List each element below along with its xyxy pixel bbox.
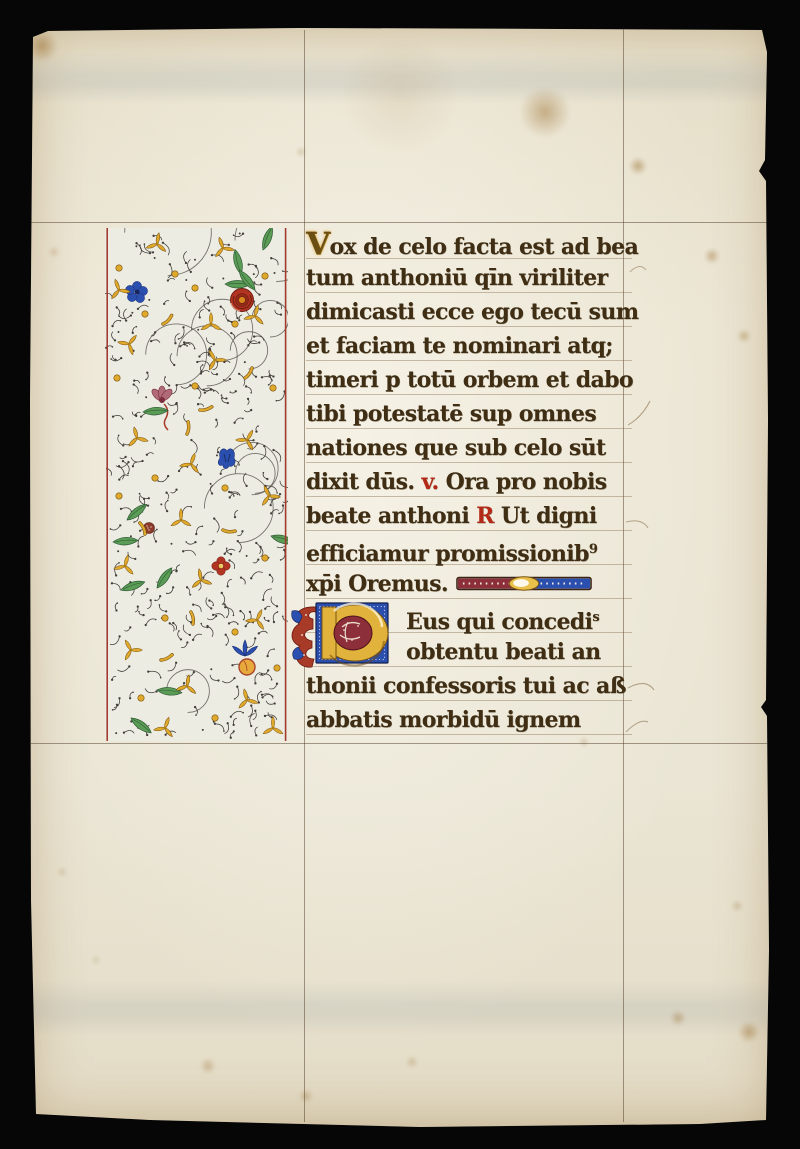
foxing-spot	[670, 1010, 686, 1026]
motif-dot	[114, 375, 120, 381]
foxing-spot	[629, 157, 647, 175]
foxing-spot	[731, 900, 743, 912]
text-line-4: et faciam te nominari atq;	[306, 329, 632, 363]
motif-dot	[152, 475, 158, 481]
motif-dot	[212, 715, 218, 721]
motif-dot	[222, 485, 228, 491]
motif-bell	[218, 449, 235, 469]
text-line-6: tibi potestatē sup omnes	[306, 397, 632, 431]
motif-dot	[162, 615, 168, 621]
text-line-8: dixit dūs. v. Ora pro nobis	[306, 465, 632, 499]
rubric-mark: R	[476, 503, 501, 529]
foxing-spot	[48, 246, 60, 258]
foxing-spot	[579, 737, 589, 747]
abbreviation-sign: s	[592, 610, 599, 625]
motif-dot	[192, 285, 198, 291]
text-segment: et faciam te nominari atq;	[306, 333, 613, 359]
motif-dot	[262, 555, 268, 561]
foxing-spot	[91, 955, 101, 965]
foxing-spot	[26, 30, 58, 62]
gilt-versal-letter: V	[306, 226, 329, 262]
foxing-spot	[738, 1021, 760, 1043]
text-segment: tibi potestatē sup omnes	[306, 401, 596, 427]
text-line-10: efficiamur promissionib9	[306, 533, 632, 567]
motif-dot	[142, 311, 148, 317]
text-line-11: xp̄i Oremus.	[306, 567, 632, 601]
text-segment: tum anthoniū qīn viriliter	[306, 265, 608, 291]
text-segment: Ora pro nobis	[446, 469, 607, 495]
ruling-line-horizontal-top	[31, 222, 768, 223]
motif-dot	[270, 385, 276, 391]
text-segment: beate anthoni	[306, 503, 476, 529]
text-line-2: tum anthoniū qīn viriliter	[306, 261, 632, 295]
text-segment: dixit dūs.	[306, 469, 422, 495]
ruling-line-vertical-left	[304, 30, 305, 1122]
text-line-9: beate anthoni R Ut digni	[306, 499, 632, 533]
text-line-1: Vox de celo facta est ad bea	[306, 227, 632, 261]
foxing-spot	[704, 248, 720, 264]
motif-dot	[172, 271, 178, 277]
vellum-shadow-band-bottom	[30, 980, 770, 1036]
floral-border-panel	[105, 228, 288, 741]
foxing-spot	[340, 35, 460, 155]
motif-dot	[116, 265, 122, 271]
margin-pen-flourishes	[624, 240, 684, 740]
rubric-mark: v.	[422, 469, 446, 495]
motif-dot	[262, 273, 268, 279]
foxing-spot	[57, 867, 67, 877]
ruling-line-horizontal-bottom	[31, 743, 768, 744]
text-line-3: dimicasti ecce ego tecū sum	[306, 295, 632, 329]
motif-dot	[138, 695, 144, 701]
foxing-spot	[200, 1058, 216, 1074]
text-segment: efficiamur promissionib	[306, 541, 589, 567]
foxing-spot	[519, 86, 571, 138]
foxing-spot	[737, 329, 751, 343]
line-filler-bar	[456, 575, 592, 592]
text-segment: dimicasti ecce ego tecū sum	[306, 299, 638, 325]
motif-dot	[192, 383, 198, 389]
foxing-spot	[299, 1089, 313, 1103]
text-segment: Eus qui concedi	[406, 609, 592, 635]
text-line-5: timeri p totū orbem et dabo	[306, 363, 632, 397]
motif-dot	[116, 493, 122, 499]
motif-dot	[232, 629, 238, 635]
text-segment: obtentu beati an	[406, 639, 601, 665]
manuscript-leaf: Vox de celo facta est ad beatum anthoniū…	[0, 0, 800, 1149]
vellum-shadow-band-top	[30, 52, 770, 104]
text-segment: abbatis morbidū ignem	[306, 707, 581, 733]
motif-dot	[232, 321, 238, 327]
motif-dot	[274, 665, 280, 671]
abbreviation-sign: 9	[589, 542, 597, 557]
text-segment: timeri p totū orbem et dabo	[306, 367, 633, 393]
photo-stage: Vox de celo facta est ad beatum anthoniū…	[0, 0, 800, 1149]
text-segment: ox de celo facta est ad bea	[329, 234, 638, 260]
text-segment: Ut digni	[501, 503, 597, 529]
text-line-7: nationes que sub celo sūt	[306, 431, 632, 465]
motif-rose	[231, 289, 254, 312]
text-segment: nationes que sub celo sūt	[306, 435, 606, 461]
text-segment: xp̄i Oremus.	[306, 571, 448, 597]
text-line-15: abbatis morbidū ignem	[306, 703, 632, 737]
foxing-spot	[406, 1056, 418, 1068]
illuminated-initial-d	[286, 597, 404, 693]
